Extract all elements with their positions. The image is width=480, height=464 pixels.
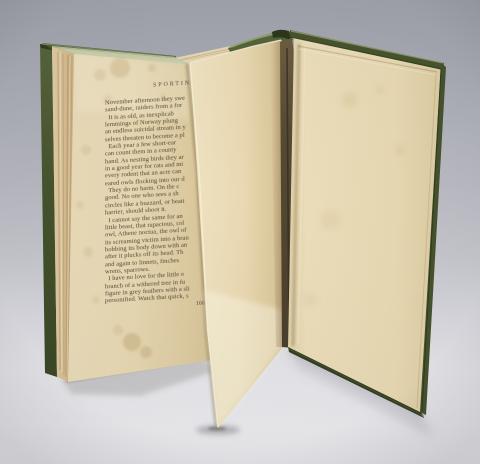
running-head: SPORTING: [153, 78, 228, 89]
right-cover-top-edge: [290, 30, 444, 70]
vignette: [0, 0, 480, 464]
right-cover: [288, 30, 446, 418]
page-top-edges: [170, 33, 286, 66]
right-endpaper: [288, 38, 443, 413]
page-number: 166: [196, 299, 228, 307]
page-fore-edge: [52, 46, 77, 382]
book-base-layer: [0, 0, 480, 464]
cover-corner-highlight: [421, 413, 424, 416]
endpaper-foxing: [303, 86, 405, 307]
left-page-text: SPORTING November afternoon they swe san…: [96, 73, 228, 312]
photo-scene: SPORTING November afternoon they swe san…: [0, 0, 480, 464]
book-gutter: [280, 38, 295, 348]
right-cover-fore-edge: [420, 63, 446, 415]
top-edge-tint-band: [52, 46, 192, 65]
right-cover-bottom-edge: [288, 347, 424, 418]
book-top-layer: [0, 0, 480, 464]
book-shadow: [60, 352, 434, 437]
book-spine-top: [228, 30, 293, 52]
